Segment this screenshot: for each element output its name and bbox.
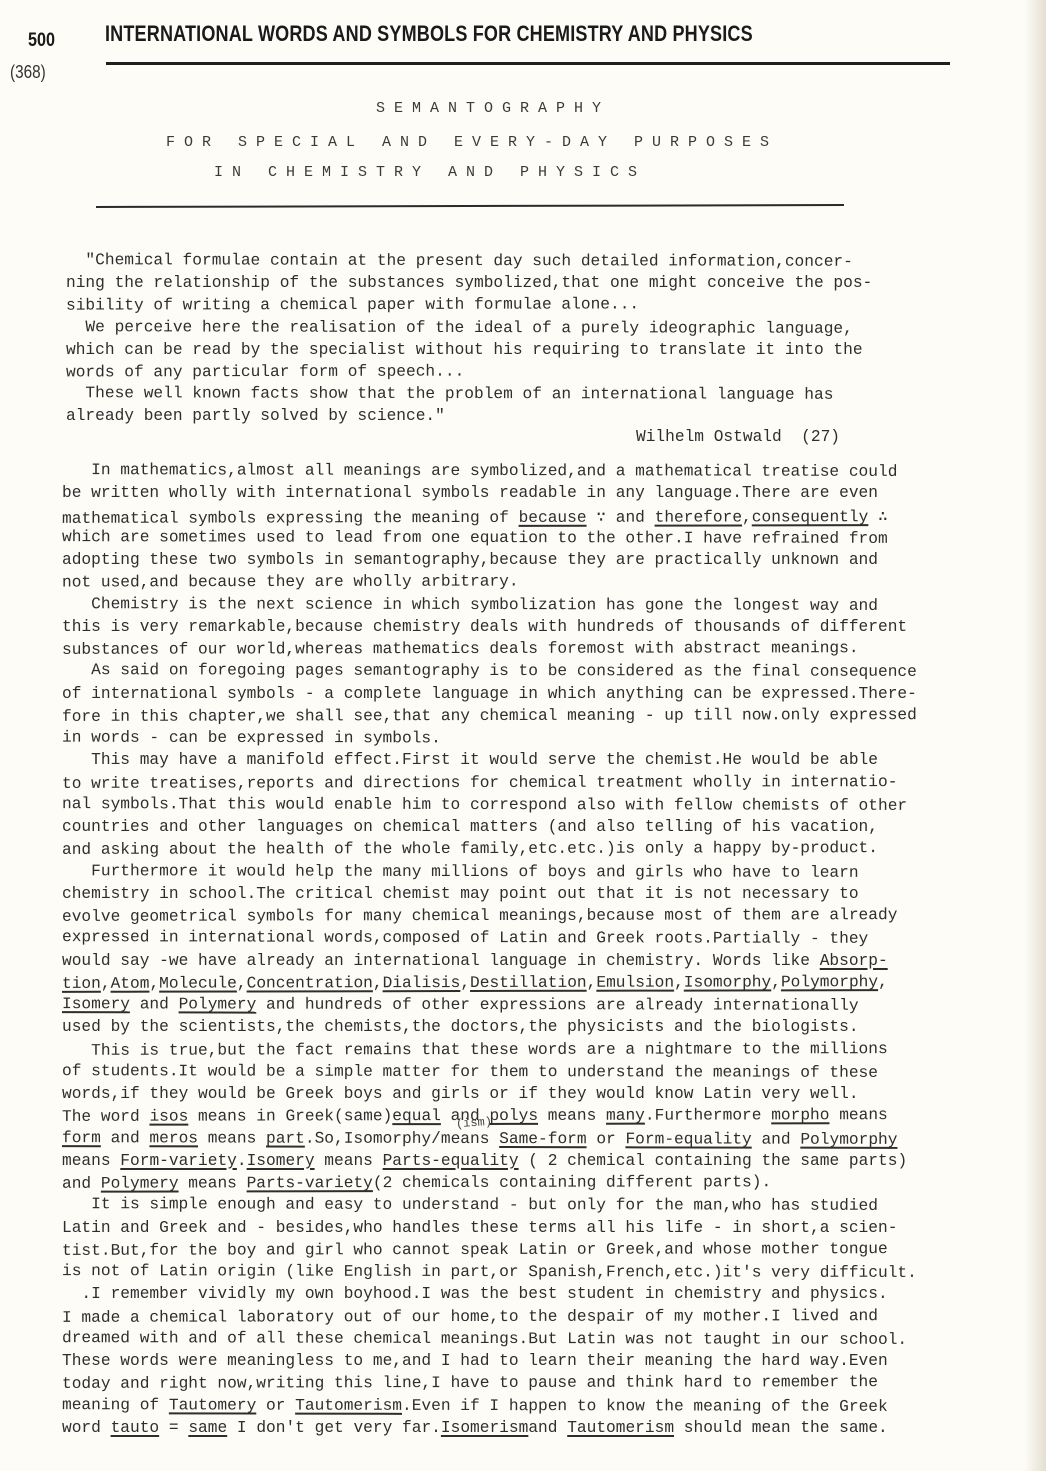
body-line: nal symbols.That this would enable him t… [62, 795, 907, 815]
body-line: in words - can be expressed in symbols. [62, 729, 441, 748]
text-run: means in Greek(same) [188, 1107, 392, 1125]
underlined-term: Isomery [247, 1152, 315, 1170]
underlined-term: Polymorphy [800, 1130, 897, 1148]
text-run: ∴ [868, 508, 888, 526]
underlined-term: morpho [771, 1107, 829, 1125]
text-run: should mean the same. [674, 1419, 888, 1437]
text-run: ∵ and [587, 508, 655, 526]
body-line: In mathematics,almost all meanings are s… [62, 461, 897, 481]
underlined-term: isos [149, 1108, 188, 1126]
text-run: chemistry in school.The critical chemist… [62, 885, 859, 903]
title-line-1: SEMANTOGRAPHY [0, 100, 993, 117]
text-run: , [373, 974, 383, 992]
underlined-term: Polymorphy [781, 973, 878, 991]
body-line: of international symbols - a complete la… [62, 685, 917, 703]
underlined-term: many [606, 1107, 645, 1125]
text-run: words,if they would be Greek boys and gi… [62, 1085, 859, 1103]
text-run: dreamed with and of all these chemical m… [62, 1329, 907, 1349]
underlined-term: polys [489, 1107, 538, 1125]
text-run: which can be read by the specialist with… [66, 341, 863, 359]
body-line: Chemistry is the next science in which s… [62, 595, 878, 615]
body-line: and Polymery means Parts-variety(2 chemi… [62, 1173, 771, 1192]
quote-attribution: Wilhelm Ostwald (27) [636, 428, 840, 446]
quote-line: sibility of writing a chemical paper wit… [66, 296, 639, 315]
text-run: words of any particular form of speech..… [66, 363, 464, 382]
text-run: As said on foregoing pages semantography… [62, 661, 917, 681]
body-line: This may have a manifold effect.First it… [62, 751, 878, 769]
page-edge-shadow [1024, 0, 1046, 1471]
underlined-term: Polymery [101, 1174, 179, 1192]
underlined-term: Isomerism [441, 1419, 528, 1437]
text-run: This may have a manifold effect.First it… [62, 751, 878, 769]
text-run: I made a chemical laboratory out of our … [62, 1307, 878, 1327]
text-run: expressed in international words,compose… [62, 928, 868, 948]
text-run: , [101, 975, 111, 993]
body-line: Latin and Greek and - besides,who handle… [62, 1219, 897, 1237]
text-run: means [62, 1152, 120, 1170]
header-rule [106, 62, 950, 65]
underlined-term: Same-form [499, 1130, 586, 1148]
text-run: means [538, 1107, 606, 1125]
body-line: tion,Atom,Molecule,Concentration,Dialisi… [62, 973, 888, 993]
text-run: , [742, 508, 752, 526]
quote-line: We perceive here the realisation of the … [66, 318, 853, 338]
text-run: adopting these two symbols in semantogra… [62, 551, 878, 569]
underlined-term: tauto [111, 1419, 160, 1437]
text-run: and hundreds of other expressions are al… [256, 996, 858, 1015]
text-run: .I remember vividly my own boyhood.I was… [62, 1285, 888, 1303]
underlined-term: Form-variety [120, 1152, 237, 1170]
body-line: dreamed with and of all these chemical m… [62, 1329, 907, 1349]
page-number: 500 [28, 30, 55, 52]
body-line: mathematical symbols expressing the mean… [62, 506, 888, 528]
text-run: The word [62, 1108, 149, 1126]
underlined-term: Polymery [179, 995, 257, 1013]
text-run: sibility of writing a chemical paper wit… [66, 296, 639, 315]
text-run: , [771, 973, 781, 991]
text-run: means [315, 1152, 383, 1170]
underlined-term: Tautomery [169, 1396, 256, 1414]
quote-line: which can be read by the specialist with… [66, 341, 863, 359]
underlined-term: Parts-variety [247, 1174, 373, 1192]
body-line: adopting these two symbols in semantogra… [62, 551, 878, 569]
underlined-term: Concentration [247, 974, 373, 992]
text-run: .Even if I happen to know the meaning of… [402, 1396, 888, 1415]
underlined-term: Tautomerism [295, 1396, 402, 1414]
body-line: It is simple enough and easy to understa… [62, 1195, 878, 1215]
quote-line: words of any particular form of speech..… [66, 363, 464, 382]
text-run: fore in this chapter,we shall see,that a… [62, 706, 917, 726]
text-run: = [159, 1419, 188, 1437]
underlined-term: Tautomerism [567, 1419, 674, 1437]
underlined-term: Emulsion [596, 973, 674, 991]
body-line: fore in this chapter,we shall see,that a… [62, 706, 917, 726]
text-run: We perceive here the realisation of the … [66, 318, 853, 338]
text-run: and [101, 1129, 150, 1147]
underlined-term: because [519, 508, 587, 526]
text-run: means [198, 1129, 266, 1147]
text-run: . [237, 1152, 247, 1170]
text-run: which are sometimes used to lead from on… [62, 528, 888, 548]
text-run: of students.It would be a simple matter … [62, 1062, 878, 1082]
text-run: and [130, 995, 179, 1013]
text-run: (2 chemicals containing different parts)… [373, 1173, 771, 1192]
text-run: of international symbols - a complete la… [62, 685, 917, 703]
text-run: Latin and Greek and - besides,who handle… [62, 1219, 897, 1237]
text-run: word [62, 1419, 111, 1437]
underlined-term: Absorp- [820, 952, 888, 970]
body-line: chemistry in school.The critical chemist… [62, 885, 859, 903]
text-run: evolve geometrical symbols for many chem… [62, 906, 897, 926]
running-header: 500 INTERNATIONAL WORDS AND SYMBOLS FOR … [28, 18, 923, 50]
underlined-term: equal [392, 1107, 441, 1125]
body-line: substances of our world,whereas mathemat… [62, 639, 859, 659]
text-run: would say -we have already an internatio… [62, 952, 820, 970]
underlined-term: Molecule [159, 974, 237, 992]
underlined-term: Parts-equality [383, 1152, 519, 1170]
body-line: evolve geometrical symbols for many chem… [62, 906, 897, 926]
underlined-term: part [266, 1129, 305, 1147]
text-run: or [587, 1130, 626, 1148]
underlined-term: Atom [111, 974, 150, 992]
body-line: meaning of Tautomery or Tautomerism.Even… [62, 1396, 888, 1416]
original-page-number: (368) [10, 62, 46, 83]
body-line: words,if they would be Greek boys and gi… [62, 1085, 859, 1103]
text-run: meaning of [62, 1396, 169, 1414]
text-run: used by the scientists,the chemists,the … [62, 1018, 859, 1036]
text-run: Furthermore it would help the many milli… [62, 862, 859, 882]
text-run: It is simple enough and easy to understa… [62, 1195, 878, 1215]
text-run: , [587, 973, 597, 991]
text-run: tist.But,for the boy and girl who cannot… [62, 1240, 888, 1260]
text-run: , [878, 973, 888, 991]
text-run: today and right now,writing this line,I … [62, 1373, 878, 1393]
text-run: be written wholly with international sym… [62, 484, 878, 502]
underlined-term: Isomery [62, 995, 130, 1013]
text-run: These words were meaningless to me,and I… [62, 1352, 888, 1370]
text-run: I don't get very far. [227, 1419, 441, 1437]
underlined-term: Form-equality [625, 1130, 751, 1148]
quote-line: already been partly solved by science." [66, 407, 445, 425]
body-line: form and meros means part.So,Isomorphy/m… [62, 1129, 898, 1149]
body-line: and asking about the health of the whole… [62, 839, 878, 859]
body-line: These words were meaningless to me,and I… [62, 1352, 888, 1370]
body-line: Furthermore it would help the many milli… [62, 862, 859, 882]
body-line: to write treatises,reports and direction… [62, 773, 897, 793]
quote-line: These well known facts show that the pro… [66, 384, 833, 404]
underlined-term: therefore [655, 508, 742, 526]
title-line-3: IN CHEMISTRY AND PHYSICS [0, 164, 930, 181]
text-run: countries and other languages on chemica… [62, 818, 878, 836]
text-run: and asking about the health of the whole… [62, 839, 878, 859]
underlined-term: Isomorphy [684, 973, 771, 991]
body-line: which are sometimes used to lead from on… [62, 528, 888, 548]
body-line: is not of Latin origin (like English in … [62, 1262, 917, 1282]
text-run: .So,Isomorphy/means [305, 1129, 499, 1147]
text-run: , [674, 973, 684, 991]
body-line: This is true,but the fact remains that t… [62, 1040, 888, 1060]
body-line: be written wholly with international sym… [62, 484, 878, 502]
text-run: , [149, 974, 159, 992]
underlined-term: meros [149, 1129, 198, 1147]
text-run: nal symbols.That this would enable him t… [62, 795, 907, 815]
body-line: .I remember vividly my own boyhood.I was… [62, 1285, 888, 1303]
text-run: , [460, 974, 470, 992]
text-run: or [256, 1396, 295, 1414]
title-line-2: FOR SPECIAL AND EVERY-DAY PURPOSES [0, 134, 972, 151]
text-run: Chemistry is the next science in which s… [62, 595, 878, 615]
text-run: mathematical symbols expressing the mean… [62, 508, 519, 527]
text-run: in words - can be expressed in symbols. [62, 729, 441, 748]
text-run: is not of Latin origin (like English in … [62, 1262, 917, 1282]
underlined-term: Dialisis [383, 974, 461, 992]
text-run: ( 2 chemical containing the same parts) [519, 1152, 908, 1170]
text-run: "Chemical formulae contain at the presen… [66, 251, 853, 271]
text-run: In mathematics,almost all meanings are s… [62, 461, 897, 481]
underlined-term: Destillation [470, 974, 587, 992]
text-run: ning the relationship of the substances … [66, 274, 872, 292]
body-line: today and right now,writing this line,I … [62, 1373, 878, 1393]
underlined-term: same [188, 1419, 227, 1437]
handwritten-annotation: (ism) [456, 1115, 493, 1131]
body-line: of students.It would be a simple matter … [62, 1062, 878, 1082]
text-run: already been partly solved by science." [66, 407, 445, 425]
underlined-term: form [62, 1129, 101, 1147]
body-line: means Form-variety.Isomery means Parts-e… [62, 1152, 907, 1170]
text-run: substances of our world,whereas mathemat… [62, 639, 859, 659]
body-line: countries and other languages on chemica… [62, 818, 878, 836]
text-run: not used,and because they are wholly arb… [62, 573, 519, 592]
text-run: , [237, 974, 247, 992]
text-run: this is very remarkable,because chemistr… [62, 618, 907, 636]
body-line: this is very remarkable,because chemistr… [62, 618, 907, 636]
underlined-term: consequently [752, 508, 869, 526]
underlined-term: tion [62, 975, 101, 993]
text-run: .Furthermore [645, 1107, 771, 1125]
text-run: means [179, 1174, 247, 1192]
text-run: This is true,but the fact remains that t… [62, 1040, 888, 1060]
body-line: expressed in international words,compose… [62, 928, 868, 948]
text-run: means [829, 1106, 887, 1124]
text-run: and [528, 1419, 567, 1437]
quote-line: ning the relationship of the substances … [66, 274, 872, 292]
quote-line: "Chemical formulae contain at the presen… [66, 251, 853, 271]
body-line: word tauto = same I don't get very far.I… [62, 1419, 888, 1437]
body-line: tist.But,for the boy and girl who cannot… [62, 1240, 888, 1260]
body-line: would say -we have already an internatio… [62, 952, 888, 970]
body-line: Isomery and Polymery and hundreds of oth… [62, 995, 859, 1015]
body-line: not used,and because they are wholly arb… [62, 573, 519, 592]
text-run: to write treatises,reports and direction… [62, 773, 897, 793]
running-title: INTERNATIONAL WORDS AND SYMBOLS FOR CHEM… [105, 21, 753, 47]
body-line: used by the scientists,the chemists,the … [62, 1018, 859, 1036]
text-run: and [62, 1175, 101, 1193]
title-rule [96, 204, 844, 208]
body-line: I made a chemical laboratory out of our … [62, 1307, 878, 1327]
text-run: and [752, 1130, 801, 1148]
body-line: As said on foregoing pages semantography… [62, 661, 917, 681]
text-run: These well known facts show that the pro… [66, 384, 833, 404]
